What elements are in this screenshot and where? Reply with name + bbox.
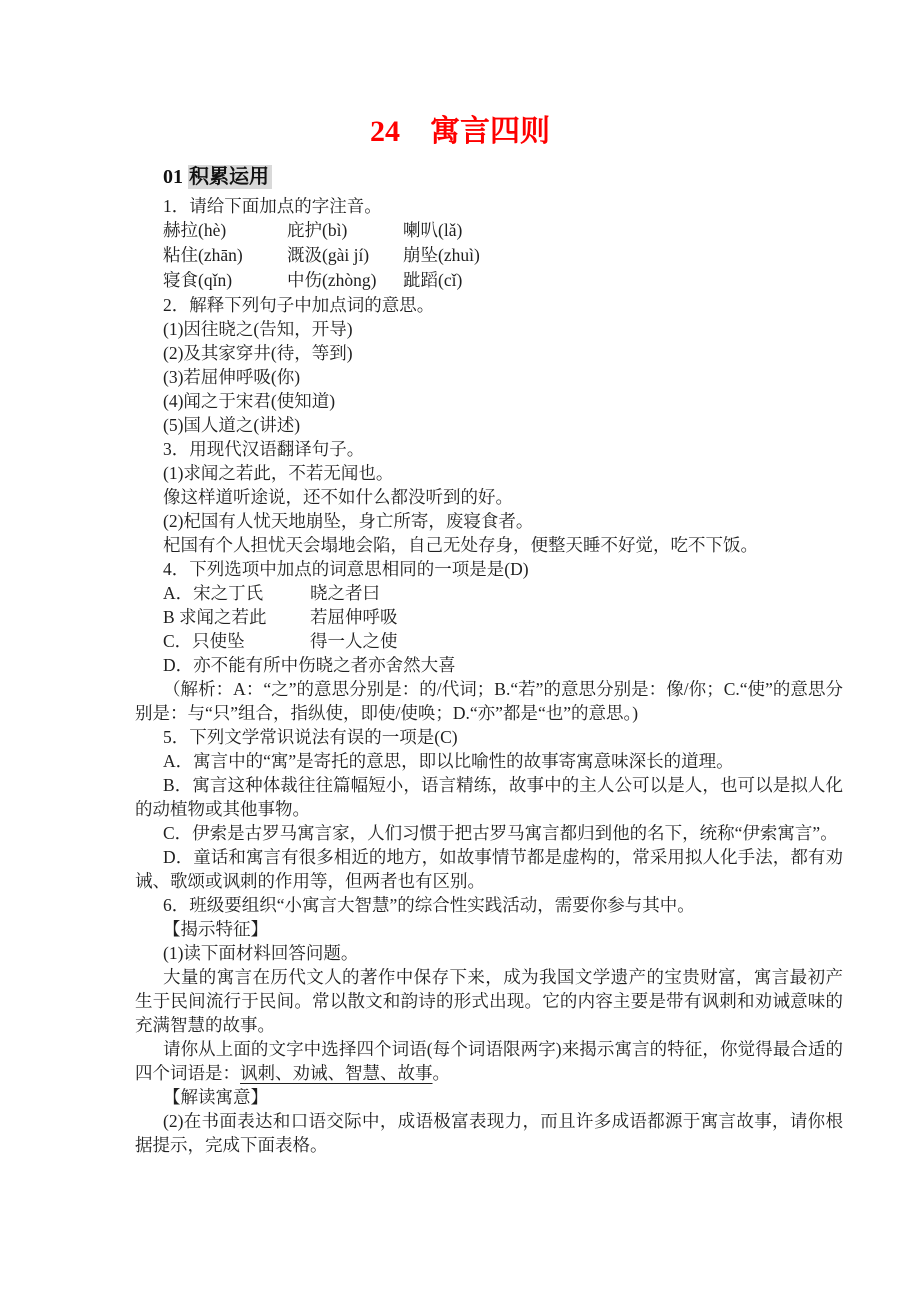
q6-subquestion-2: (2)在书面表达和口语交际中，成语极富表现力，而且许多成语都源于寓言故事，请你根… (135, 1109, 843, 1157)
section-label: 积累运用 (188, 165, 272, 189)
q6-tag-interpret-moral: 【解读寓意】 (135, 1085, 843, 1109)
option-left: D．亦不能有所中伤 (163, 653, 316, 677)
option-left: C．只使坠 (163, 629, 310, 653)
q6-tag-reveal-features: 【揭示特征】 (135, 917, 843, 941)
pinyin-cell: 赫拉(hè) (163, 218, 287, 243)
q5-stem: 5．下列文学常识说法有误的一项是(C) (135, 725, 843, 749)
q6-answer-paragraph: 请你从上面的文字中选择四个词语(每个词语限两字)来揭示寓言的特征，你觉得最合适的… (135, 1037, 843, 1085)
q5-option-b: B．寓言这种体裁往往篇幅短小，语言精练，故事中的主人公可以是人，也可以是拟人化的… (135, 773, 843, 821)
q4-option-d: D．亦不能有所中伤 晓之者亦舍然大喜 (135, 653, 843, 677)
q1-row: 粘住(zhān) 溉汲(gài jí) 崩坠(zhuì) (135, 243, 843, 268)
pinyin-cell: 中伤(zhòng) (287, 268, 403, 293)
option-left: B 求闻之若此 (163, 605, 310, 629)
option-left: A．宋之丁氏 (163, 581, 310, 605)
q2-item: (5)国人道之(讲述) (135, 413, 843, 437)
section-number: 01 (163, 166, 183, 188)
q4-option-a: A．宋之丁氏 晓之者曰 (135, 581, 843, 605)
q3-translation: 杞国有个人担忧天会塌地会陷，自己无处存身，便整天睡不好觉，吃不下饭。 (135, 533, 843, 557)
pinyin-cell: 粘住(zhān) (163, 243, 287, 268)
option-right: 若屈伸呼吸 (310, 605, 398, 629)
q5-option-a: A．寓言中的“寓”是寄托的意思，即以比喻性的故事寄寓意味深长的道理。 (135, 749, 843, 773)
q3-translation: 像这样道听途说，还不如什么都没听到的好。 (135, 485, 843, 509)
q3-stem: 3．用现代汉语翻译句子。 (135, 437, 843, 461)
q2-item: (2)及其家穿井(待，等到) (135, 341, 843, 365)
pinyin-cell: 喇叭(lǎ) (403, 218, 462, 243)
option-right: 晓之者亦舍然大喜 (316, 653, 456, 677)
q1-row: 寝食(qǐn) 中伤(zhòng) 跐蹈(cǐ) (135, 268, 843, 293)
pinyin-cell: 溉汲(gài jí) (287, 243, 403, 268)
q1-row: 赫拉(hè) 庇护(bì) 喇叭(lǎ) (135, 218, 843, 243)
q1-stem: 1．请给下面加点的字注音。 (135, 194, 843, 218)
option-right: 得一人之使 (310, 629, 398, 653)
q5-option-c: C．伊索是古罗马寓言家，人们习惯于把古罗马寓言都归到他的名下，统称“伊索寓言”。 (135, 821, 843, 845)
section-header: 01 积累运用 (135, 164, 843, 190)
q4-stem: 4．下列选项中加点的词意思相同的一项是是(D) (135, 557, 843, 581)
pinyin-cell: 庇护(bì) (287, 218, 403, 243)
q6-material-paragraph: 大量的寓言在历代文人的著作中保存下来，成为我国文学遗产的宝贵财富，寓言最初产生于… (135, 965, 843, 1037)
pinyin-cell: 崩坠(zhuì) (403, 243, 480, 268)
page-title: 24 寓言四则 (0, 112, 920, 152)
q6-answer-period: 。 (433, 1063, 451, 1083)
q5-option-d: D．童话和寓言有很多相近的地方，如故事情节都是虚构的，常采用拟人化手法，都有劝诫… (135, 845, 843, 893)
q4-analysis: （解析：A：“之”的意思分别是：的/代词；B.“若”的意思分别是：像/你；C.“… (135, 677, 843, 725)
q6-stem: 6．班级要组织“小寓言大智慧”的综合性实践活动，需要你参与其中。 (135, 893, 843, 917)
q6-answer-words: 讽刺、劝诫、智慧、故事 (240, 1063, 433, 1083)
pinyin-cell: 寝食(qǐn) (163, 268, 287, 293)
option-right: 晓之者曰 (310, 581, 380, 605)
q4-option-b: B 求闻之若此 若屈伸呼吸 (135, 605, 843, 629)
q2-stem: 2．解释下列句子中加点词的意思。 (135, 293, 843, 317)
q2-item: (4)闻之于宋君(使知道) (135, 389, 843, 413)
pinyin-cell: 跐蹈(cǐ) (403, 268, 462, 293)
q2-item: (1)因往晓之(告知，开导) (135, 317, 843, 341)
q4-option-c: C．只使坠 得一人之使 (135, 629, 843, 653)
q3-sentence: (2)杞国有人忧天地崩坠，身亡所寄，废寝食者。 (135, 509, 843, 533)
q2-item: (3)若屈伸呼吸(你) (135, 365, 843, 389)
q3-sentence: (1)求闻之若此，不若无闻也。 (135, 461, 843, 485)
q6-subquestion-1: (1)读下面材料回答问题。 (135, 941, 843, 965)
